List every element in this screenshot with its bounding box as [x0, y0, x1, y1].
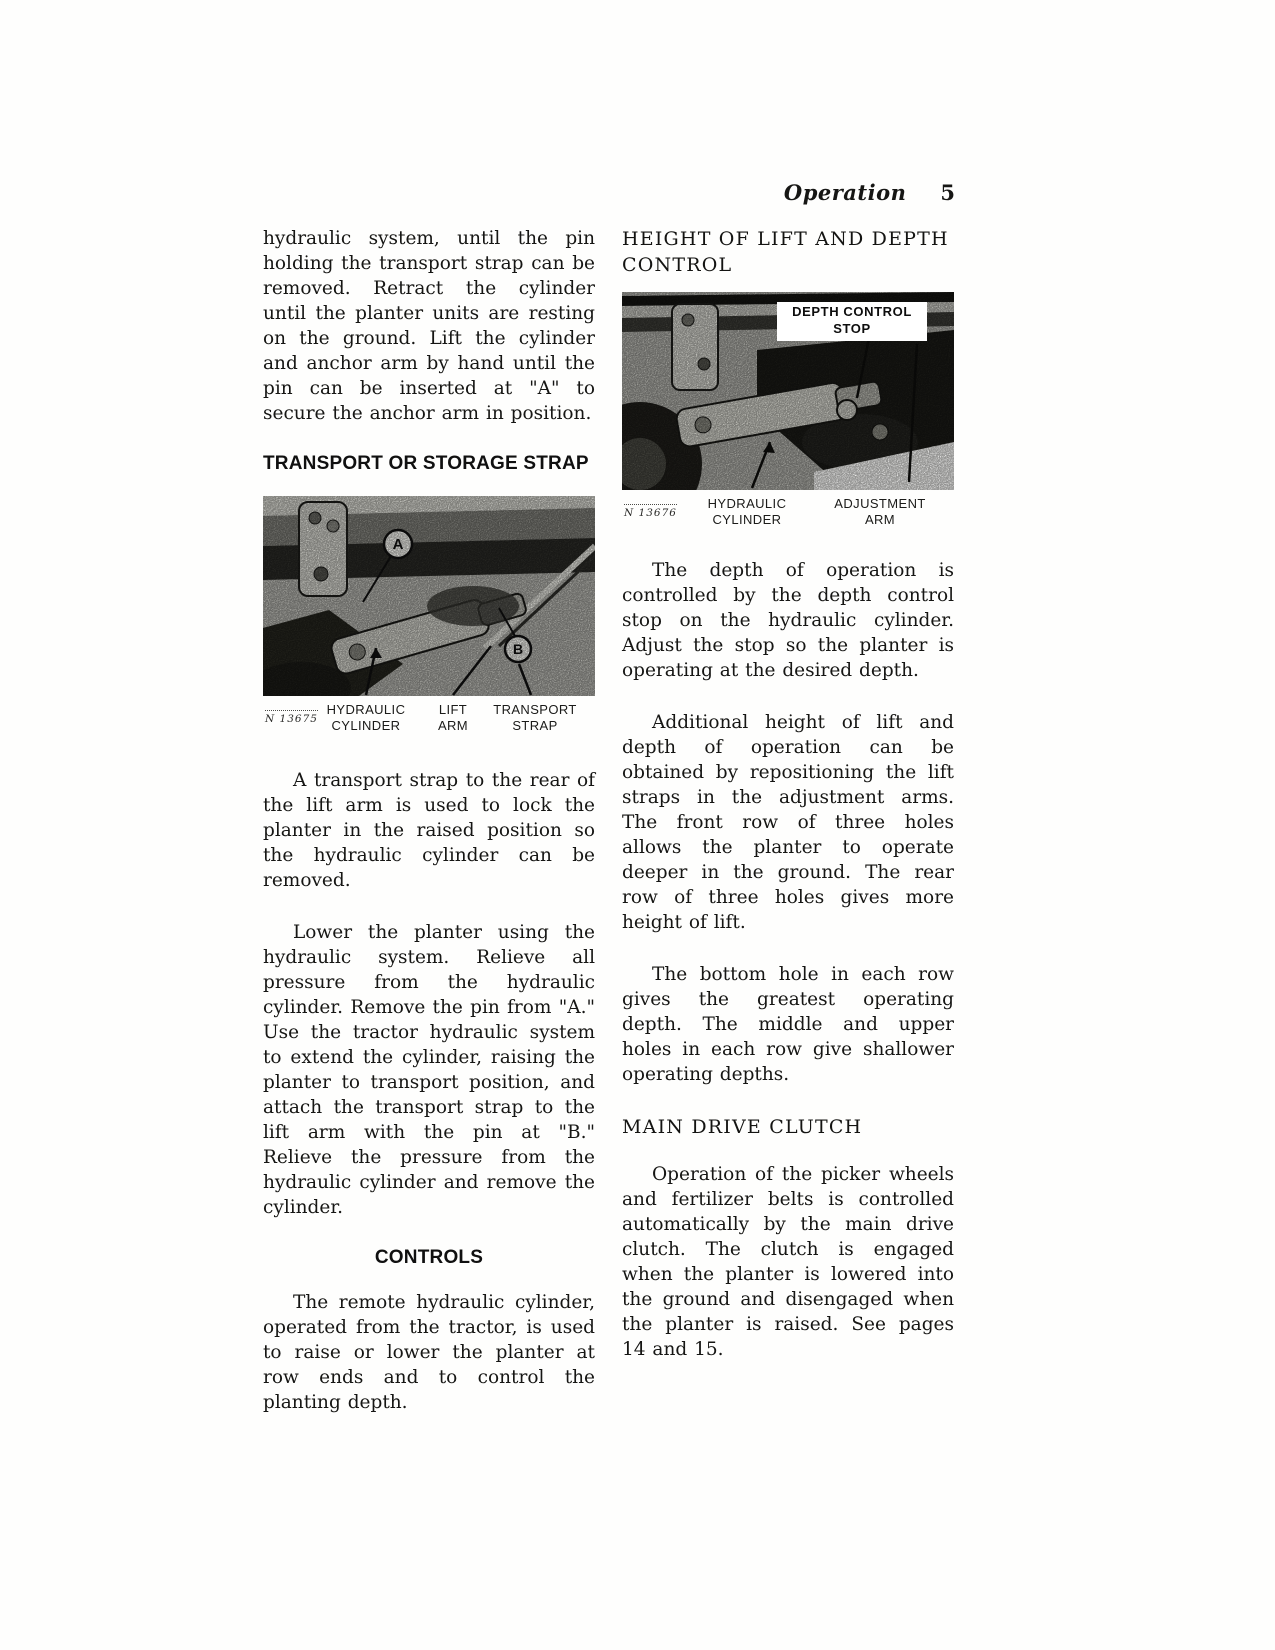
- caption-transport-strap: TRANSPORT STRAP: [493, 702, 577, 735]
- page-header: Operation5: [263, 180, 955, 205]
- page-number: 5: [940, 180, 955, 205]
- manual-page: Operation5 hydraulic system, until the p…: [0, 0, 1275, 1650]
- machinery-photo-illustration: A B: [263, 496, 595, 696]
- body-paragraph: hydraulic system, until the pin holding …: [263, 226, 595, 426]
- right-column: HEIGHT OF LIFT AND DEPTH CONTROL: [622, 226, 954, 1389]
- photo-id: N 13676: [624, 504, 677, 520]
- running-title: Operation: [784, 180, 906, 205]
- two-column-body: hydraulic system, until the pin holding …: [263, 226, 954, 1442]
- caption-lift-arm: LIFT ARM: [438, 702, 468, 735]
- body-paragraph: Operation of the picker wheels and ferti…: [622, 1162, 954, 1362]
- section-heading-controls: CONTROLS: [263, 1247, 595, 1269]
- section-heading-transport-strap: TRANSPORT OR STORAGE STRAP: [263, 453, 595, 475]
- transport-strap-photo: A B: [263, 496, 595, 696]
- inset-label-depth-control-stop: DEPTH CONTROL STOP: [777, 302, 927, 341]
- figure-captions: N 13676 HYDRAULIC CYLINDER ADJUSTMENT AR…: [622, 492, 954, 536]
- body-paragraph: A transport strap to the rear of the lif…: [263, 768, 595, 893]
- body-paragraph: The depth of operation is controlled by …: [622, 558, 954, 683]
- body-paragraph: The remote hydraulic cylinder, operated …: [263, 1290, 595, 1415]
- depth-control-photo: DEPTH CONTROL STOP: [622, 292, 954, 490]
- caption-hydraulic-cylinder: HYDRAULIC CYLINDER: [327, 702, 406, 735]
- figure-captions: N 13675 HYDRAULIC CYLINDER LIFT ARM TRAN…: [263, 698, 595, 746]
- body-paragraph: Lower the planter using the hydraulic sy…: [263, 920, 595, 1220]
- figure-depth-control: DEPTH CONTROL STOP N 13676 HYDRAULIC CYL…: [622, 292, 954, 536]
- figure-transport-strap: A B N 13675 HYDRAULIC CYLINDER LIFT ARM …: [263, 496, 595, 746]
- section-heading-main-drive-clutch: MAIN DRIVE CLUTCH: [622, 1114, 954, 1140]
- caption-adjustment-arm: ADJUSTMENT ARM: [834, 496, 925, 529]
- photo-id: N 13675: [265, 710, 318, 726]
- body-paragraph: The bottom hole in each row gives the gr…: [622, 962, 954, 1087]
- section-heading-height-of-lift: HEIGHT OF LIFT AND DEPTH CONTROL: [622, 226, 954, 278]
- body-paragraph: Additional height of lift and depth of o…: [622, 710, 954, 935]
- left-column: hydraulic system, until the pin holding …: [263, 226, 595, 1442]
- caption-hydraulic-cylinder: HYDRAULIC CYLINDER: [708, 496, 787, 529]
